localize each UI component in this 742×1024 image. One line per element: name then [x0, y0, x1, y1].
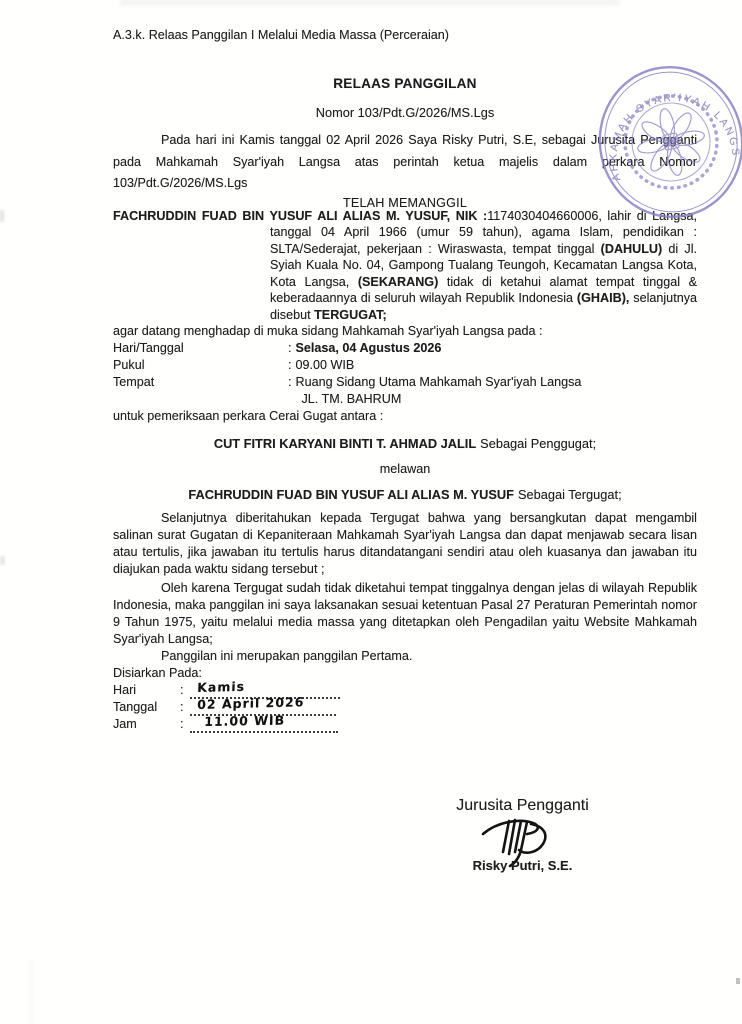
broadcast-row-date: Tanggal : 02 April 2026 — [113, 699, 697, 716]
attend-instruction: agar datang menghadap di muka sidang Mah… — [113, 323, 697, 340]
bold-tergugat: TERGUGAT; — [314, 308, 387, 322]
handwritten-day: Kamis — [197, 678, 245, 696]
schedule-label: Tempat — [113, 374, 288, 408]
document-title: RELAAS PANGGILAN — [113, 75, 697, 92]
courtroom-name: Ruang Sidang Utama Mahkamah Syar'iyah La… — [296, 375, 582, 389]
defendant-identity-paragraph: FACHRUDDIN FUAD BIN YUSUF ALI ALIAS M. Y… — [113, 208, 697, 324]
handwritten-date: 02 April 2026 — [197, 693, 305, 713]
defendant-name: FACHRUDDIN FUAD BIN YUSUF ALI ALIAS M. Y… — [113, 209, 487, 223]
broadcast-label: Hari — [113, 682, 180, 699]
colon: : — [180, 716, 184, 733]
versus-line: melawan — [113, 461, 697, 478]
defendant-party-name: FACHRUDDIN FUAD BIN YUSUF ALI ALIAS M. Y… — [188, 487, 514, 502]
plaintiff-line: CUT FITRI KARYANI BINTI T. AHMAD JALILSe… — [113, 435, 697, 452]
schedule-value-place: Ruang Sidang Utama Mahkamah Syar'iyah La… — [296, 374, 582, 408]
bold-sekarang: (SEKARANG) — [358, 275, 438, 289]
schedule-row-time: Pukul : 09.00 WIB — [113, 357, 697, 374]
scan-smudge — [0, 556, 5, 565]
schedule-row-place: Tempat : Ruang Sidang Utama Mahkamah Sya… — [113, 374, 697, 408]
colon: : — [180, 682, 184, 699]
broadcast-label: Tanggal — [113, 699, 180, 716]
broadcast-label: Jam — [113, 716, 180, 733]
intro-paragraph: Pada hari ini Kamis tanggal 02 April 202… — [113, 130, 697, 195]
colon: : — [180, 699, 184, 716]
document-body: A.3.k. Relaas Panggilan I Melalui Media … — [113, 0, 697, 733]
handwritten-hour: 11.00 WIB — [204, 712, 285, 730]
schedule-label: Hari/Tanggal — [113, 340, 288, 357]
colon: : — [288, 374, 292, 408]
scan-smudge — [0, 210, 4, 222]
case-number: Nomor 103/Pdt.G/2026/MS.Lgs — [113, 104, 697, 121]
plaintiff-role: Sebagai Penggugat; — [480, 436, 596, 451]
form-code-header: A.3.k. Relaas Panggilan I Melalui Media … — [113, 27, 697, 44]
schedule-value-day: Selasa, 04 Agustus 2026 — [296, 340, 442, 357]
scan-smudge — [30, 960, 33, 1024]
plaintiff-name: CUT FITRI KARYANI BINTI T. AHMAD JALIL — [214, 436, 476, 451]
case-purpose-line: untuk pemeriksaan perkara Cerai Gugat an… — [113, 408, 697, 425]
schedule-label: Pukul — [113, 357, 288, 374]
bold-dahulu: (DAHULU) — [601, 242, 663, 256]
dotted-fill-line: 11.00 WIB — [190, 716, 338, 733]
defendant-party-line: FACHRUDDIN FUAD BIN YUSUF ALI ALIAS M. Y… — [113, 486, 697, 503]
closing-paragraph-2: Oleh karena Tergugat sudah tidak diketah… — [113, 580, 697, 648]
defendant-role: Sebagai Tergugat; — [518, 487, 622, 502]
signature-block: Jurusita Pengganti Risky Putri, S.E. — [440, 797, 605, 873]
court-address: JL. TM. BAHRUM — [296, 391, 582, 408]
bold-ghaib: (GHAIB), — [577, 291, 629, 305]
schedule-row-day: Hari/Tanggal : Selasa, 04 Agustus 2026 — [113, 340, 697, 357]
scanned-court-document: A.3.k. Relaas Panggilan I Melalui Media … — [0, 0, 742, 1024]
colon: : — [288, 357, 292, 374]
schedule-value-time: 09.00 WIB — [296, 357, 355, 374]
closing-paragraph-1: Selanjutnya diberitahukan kepada Terguga… — [113, 510, 697, 578]
signatory-name: Risky Putri, S.E. — [440, 858, 605, 873]
broadcast-row-hour: Jam : 11.00 WIB — [113, 716, 697, 733]
closing-paragraph-3: Panggilan ini merupakan panggilan Pertam… — [113, 648, 697, 665]
colon: : — [288, 340, 292, 357]
scan-speck — [736, 978, 740, 984]
signatory-role: Jurusita Pengganti — [440, 797, 605, 815]
